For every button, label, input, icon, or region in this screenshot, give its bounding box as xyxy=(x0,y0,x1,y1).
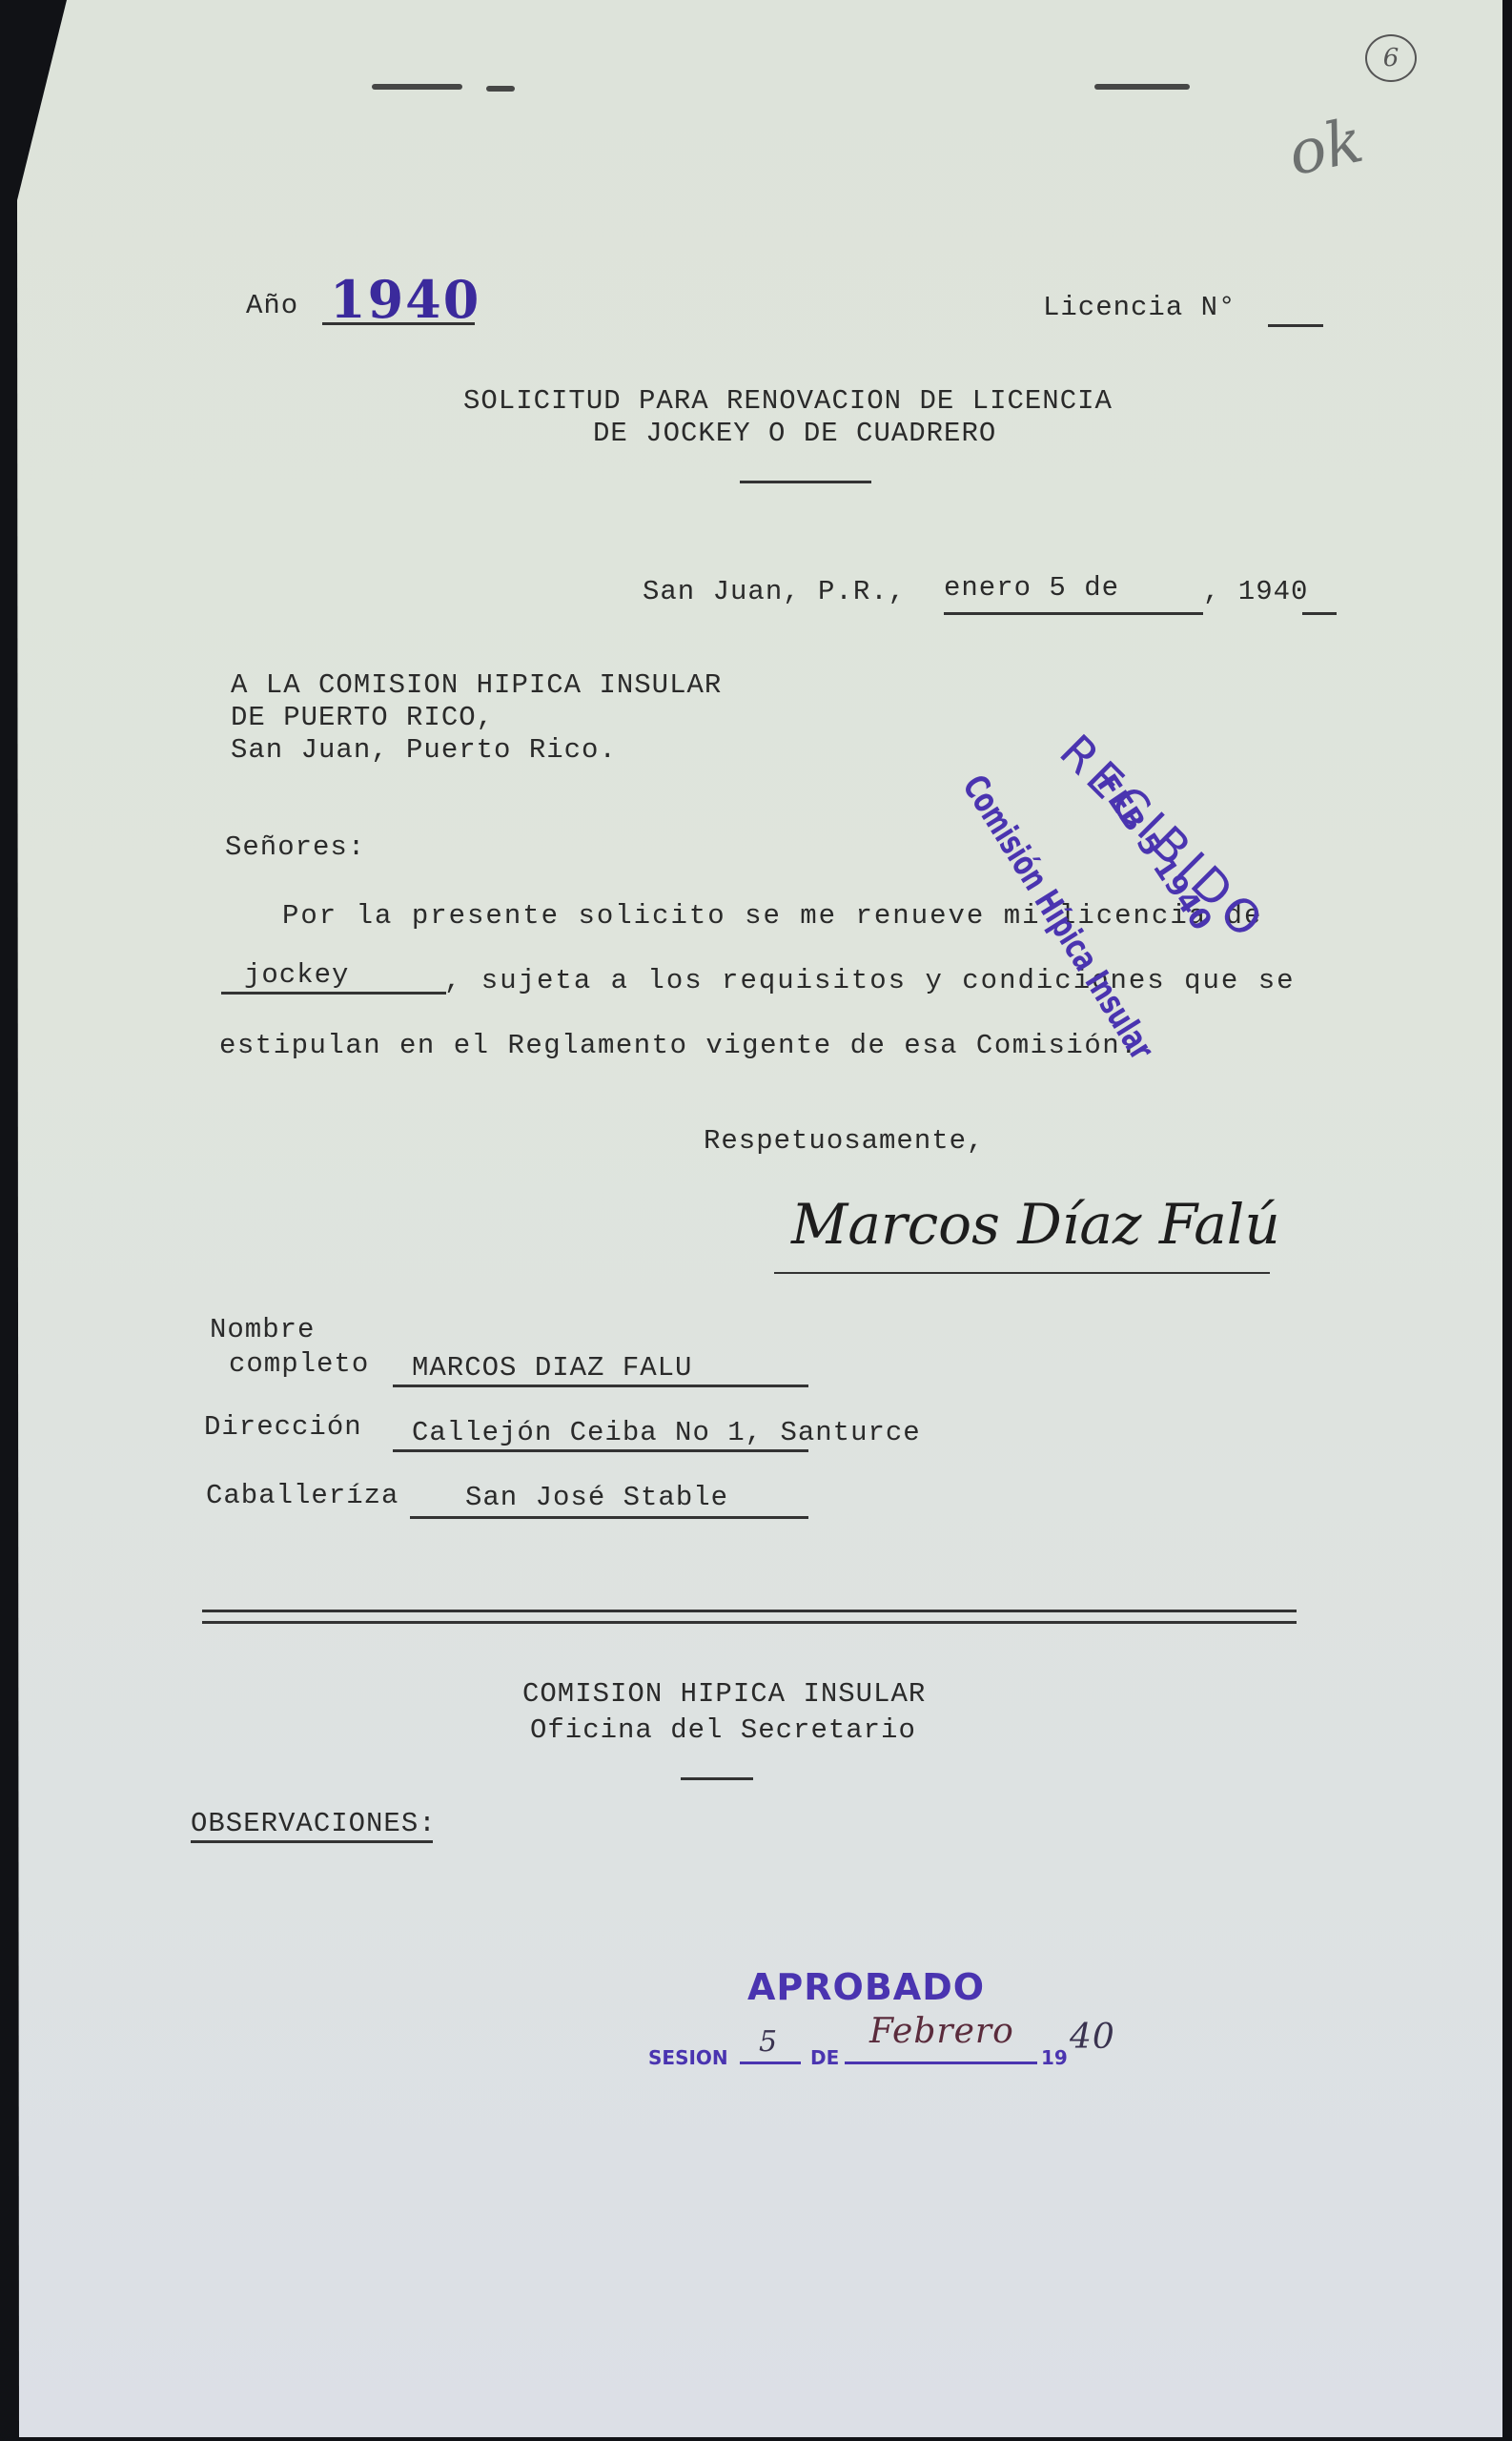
title-rule xyxy=(740,481,871,483)
session-month[interactable]: Febrero xyxy=(869,2012,1014,2051)
punch-mark-left-2 xyxy=(486,86,515,92)
punch-mark-left xyxy=(372,84,462,90)
address-line1: A LA COMISION HIPICA INSULAR xyxy=(231,669,722,701)
page-number-circle: 6 xyxy=(1365,34,1417,82)
license-type-value[interactable]: jockey xyxy=(244,959,349,991)
address-line3: San Juan, Puerto Rico. xyxy=(231,734,617,766)
salutation: Señores: xyxy=(225,831,365,863)
office-line1: COMISION HIPICA INSULAR xyxy=(522,1678,926,1710)
observations-label: OBSERVACIONES: xyxy=(191,1808,437,1839)
observations-underline xyxy=(191,1840,433,1843)
name-underline xyxy=(393,1385,808,1387)
divider-rule-bottom xyxy=(202,1621,1297,1624)
stable-value[interactable]: San José Stable xyxy=(465,1482,728,1513)
session-year-prefix: 19 xyxy=(1041,2046,1068,2069)
ok-annotation: ok xyxy=(1282,106,1369,190)
stable-underline xyxy=(410,1516,808,1519)
name-value[interactable]: MARCOS DIAZ FALU xyxy=(412,1352,692,1384)
divider-rule-top xyxy=(202,1610,1297,1612)
session-day[interactable]: 5 xyxy=(759,2025,778,2059)
year-value: 1940 xyxy=(330,269,480,330)
form-title-line1: SOLICITUD PARA RENOVACION DE LICENCIA xyxy=(463,385,1113,417)
session-label: SESION xyxy=(648,2046,728,2069)
dateline-year: , 1940 xyxy=(1203,576,1308,607)
dateline-date[interactable]: enero 5 de xyxy=(944,572,1119,604)
session-month-line xyxy=(845,2062,1037,2064)
page-number: 6 xyxy=(1383,44,1400,72)
paragraph-line3: estipulan en el Reglamento vigente de es… xyxy=(219,1030,1138,1061)
form-title-line2: DE JOCKEY O DE CUADRERO xyxy=(593,418,996,449)
date-underline xyxy=(944,612,1203,615)
year-label: Año xyxy=(246,290,298,321)
session-year-suffix[interactable]: 40 xyxy=(1070,2018,1115,2057)
address-line2: DE PUERTO RICO, xyxy=(231,702,494,733)
license-number-field[interactable] xyxy=(1268,324,1323,327)
name-label-1: Nombre xyxy=(210,1314,315,1345)
approved-stamp: APROBADO xyxy=(747,1966,985,2008)
license-label: Licencia N° xyxy=(1043,292,1236,323)
session-de-label: DE xyxy=(810,2046,839,2069)
year-underline-2 xyxy=(1302,612,1337,615)
name-label-2: completo xyxy=(229,1348,369,1380)
office-line2: Oficina del Secretario xyxy=(530,1714,916,1746)
closing: Respetuosamente, xyxy=(704,1125,984,1157)
document-page: 6 ok Año 1940 Licencia N° SOLICITUD PARA… xyxy=(0,0,1502,2437)
paragraph-line1: Por la presente solicito se me renueve m… xyxy=(282,900,1262,932)
address-underline xyxy=(393,1449,808,1452)
signature: Marcos Díaz Falú xyxy=(791,1192,1280,1257)
session-day-line xyxy=(740,2062,801,2064)
punch-mark-right xyxy=(1094,84,1190,90)
stable-label: Caballeríza xyxy=(206,1480,398,1511)
paragraph-line2: , sujeta a los requisitos y condiciones … xyxy=(444,965,1296,996)
signature-line xyxy=(774,1272,1270,1274)
office-rule xyxy=(681,1777,753,1780)
dateline-place: San Juan, P.R., xyxy=(643,576,906,607)
year-underline xyxy=(322,322,475,325)
address-value[interactable]: Callejón Ceiba No 1, Santurce xyxy=(412,1417,921,1448)
license-type-underline xyxy=(221,992,446,995)
address-label: Dirección xyxy=(204,1411,362,1443)
